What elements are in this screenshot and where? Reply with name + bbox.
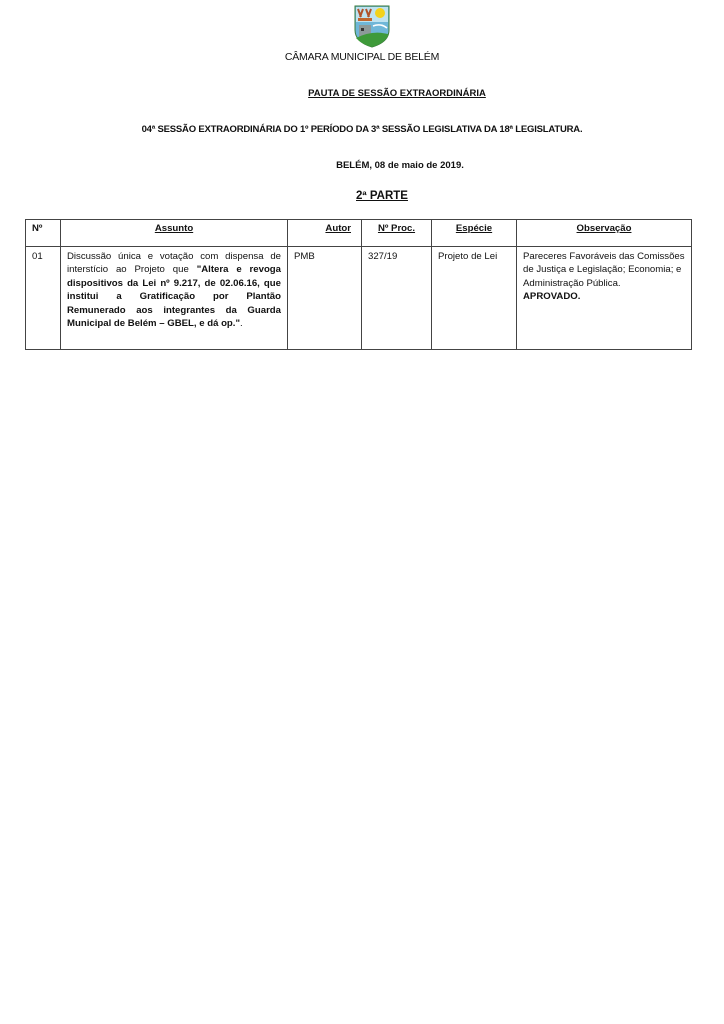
assunto-end: . [240, 318, 243, 329]
cell-autor: PMB [288, 247, 362, 350]
table-row: 01 Discussão única e votação com dispens… [26, 247, 692, 350]
cell-proc: 327/19 [362, 247, 432, 350]
status-approved: APROVADO. [523, 291, 580, 302]
cell-assunto: Discussão única e votação com dispensa d… [61, 247, 288, 350]
column-header-proc: Nº Proc. [362, 220, 432, 247]
cell-observacao: Pareceres Favoráveis das Comissões de Ju… [517, 247, 692, 350]
column-header-observacao: Observação [517, 220, 692, 247]
cell-num: 01 [26, 247, 61, 350]
document-title: PAUTA DE SESSÃO EXTRAORDINÁRIA [35, 88, 724, 99]
column-header-num: Nº [26, 220, 61, 247]
observacao-text: Pareceres Favoráveis das Comissões de Ju… [523, 251, 685, 289]
part-heading: 2ª PARTE [20, 190, 724, 202]
organization-name: CÂMARA MUNICIPAL DE BELÉM [0, 51, 724, 63]
column-header-assunto: Assunto [61, 220, 288, 247]
cell-especie: Projeto de Lei [432, 247, 517, 350]
column-header-especie: Espécie [432, 220, 517, 247]
column-header-autor: Autor [288, 220, 362, 247]
table-header-row: Nº Assunto Autor Nº Proc. Espécie Observ… [26, 220, 692, 247]
municipal-crest-icon [353, 4, 391, 48]
session-date: BELÉM, 08 de maio de 2019. [38, 160, 724, 171]
agenda-table: Nº Assunto Autor Nº Proc. Espécie Observ… [25, 219, 692, 350]
session-description: 04ª SESSÃO EXTRAORDINÁRIA DO 1º PERÍODO … [0, 124, 724, 135]
